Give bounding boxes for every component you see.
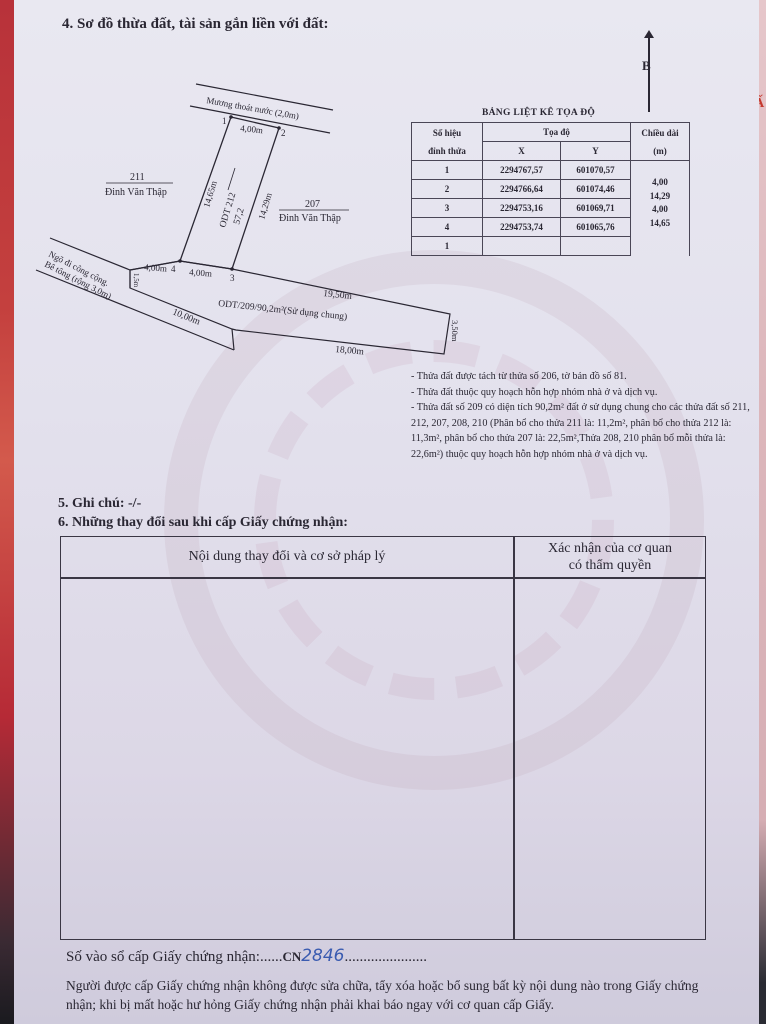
note-item: - Thửa đất thuộc quy hoạch hỗn hợp nhóm … — [411, 385, 756, 401]
section-5-title: 5. Ghi chú: -/- — [58, 496, 141, 512]
table-row: 1 2294767,57 601070,57 4,00 14,29 4,00 1… — [412, 161, 690, 180]
coord-table-title: BẢNG LIỆT KÊ TỌA ĐỘ — [482, 108, 595, 118]
header-authority-confirmation: Xác nhận của cơ quan có thẩm quyền — [515, 540, 705, 574]
header-vertex: Số hiệuđỉnh thửa — [412, 123, 483, 161]
note-item: - Thửa đất được tách từ thửa số 206, tờ … — [411, 369, 756, 385]
header-coords: Tọa độ — [483, 123, 631, 142]
dim-shared-bottom: 18,00m — [335, 345, 365, 358]
parcel-207-number: 207 — [305, 199, 320, 210]
coord-table: Số hiệuđỉnh thửa Tọa độ Chiều dài(m) X Y… — [411, 122, 690, 256]
parcel-notes: - Thửa đất được tách từ thửa số 206, tờ … — [411, 369, 756, 462]
registry-prefix: CN — [282, 949, 301, 964]
drain-label: Mương thoát nước (2,0m) — [206, 95, 300, 121]
parcel-211-number: 211 — [130, 172, 145, 183]
header-divider — [61, 577, 705, 579]
parcel-207-owner: Đinh Văn Thập — [279, 213, 341, 224]
dim-bottom: 4,00m — [189, 267, 212, 279]
header-change-content: Nội dung thay đổi và cơ sở pháp lý — [61, 549, 513, 565]
registry-number-line: Số vào sổ cấp Giấy chứng nhận:......CN28… — [66, 946, 427, 966]
changes-table: Nội dung thay đổi và cơ sở pháp lý Xác n… — [60, 536, 706, 940]
dim-shared-top: 19,50m — [323, 289, 353, 302]
length-column: 4,00 14,29 4,00 14,65 — [631, 161, 690, 256]
dim-right: 14,29m — [256, 192, 274, 221]
parcel-212-area: 57,2 — [232, 207, 246, 226]
dim-top: 4,00m — [240, 123, 264, 135]
vertex-4-label: 4 — [171, 264, 176, 274]
registry-label: Số vào sổ cấp Giấy chứng nhận: — [66, 949, 260, 965]
dim-lane-short: 1,5m — [132, 273, 140, 288]
parcel-209-label: ODT/209/90,2m²(Sử dụng chung) — [218, 298, 348, 322]
vertex-3-label: 3 — [230, 273, 235, 283]
header-length: Chiều dài(m) — [631, 123, 690, 161]
vertex-1-label: 1 — [222, 116, 227, 126]
note-item: - Thửa đất số 209 có diện tích 90,2m² đấ… — [411, 400, 756, 462]
dim-left: 14,65m — [201, 180, 219, 209]
dim-shared-right: 3,50m — [450, 320, 460, 342]
warning-text: Người được cấp Giấy chứng nhận không đượ… — [66, 976, 726, 1014]
parcel-211-owner: Đinh Văn Thập — [105, 187, 167, 198]
header-x: X — [483, 142, 561, 161]
section-6-title: 6. Những thay đổi sau khi cấp Giấy chứng… — [58, 515, 348, 531]
registry-number-handwritten: 2846 — [301, 946, 344, 966]
vertex-2-label: 2 — [281, 128, 286, 138]
header-y: Y — [561, 142, 631, 161]
column-divider — [513, 537, 515, 939]
